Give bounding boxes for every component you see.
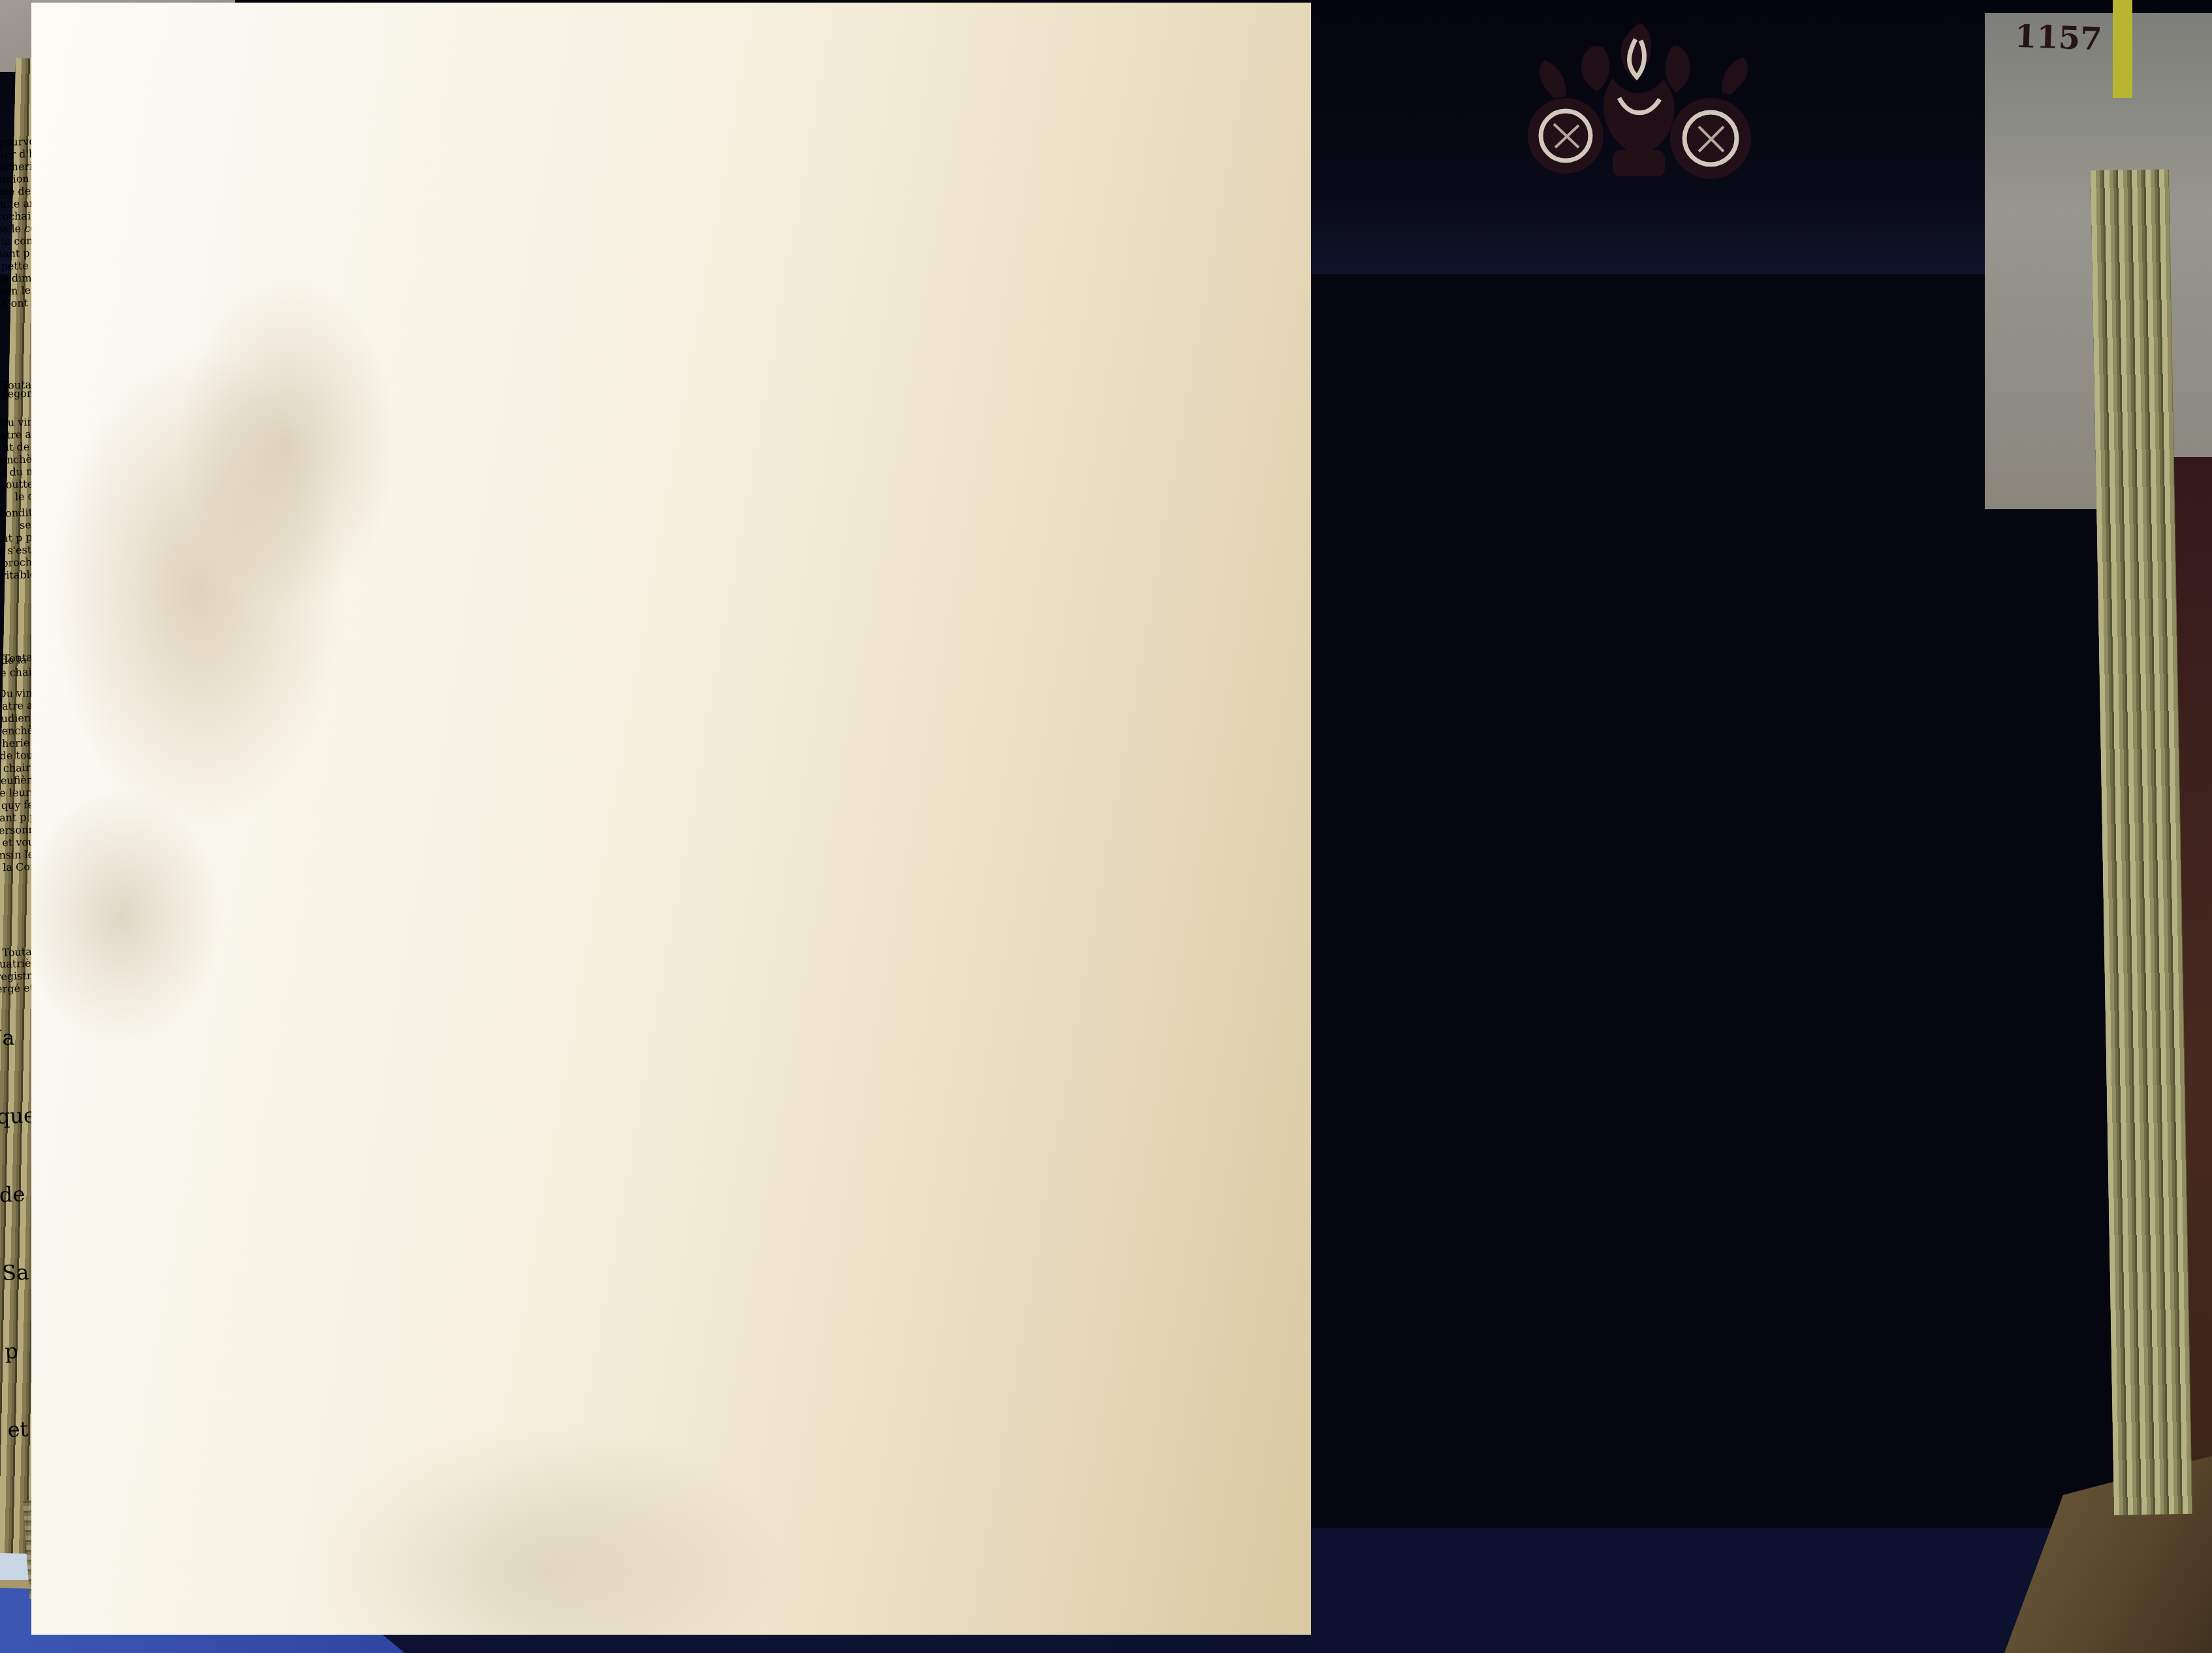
photograph-of-open-manuscript-register: { "book": { "left_page": { "page_number"…: [0, 0, 2212, 1653]
right-page-number: 1157: [2014, 18, 2102, 58]
left-manuscript-page: [31, 3, 1311, 1635]
